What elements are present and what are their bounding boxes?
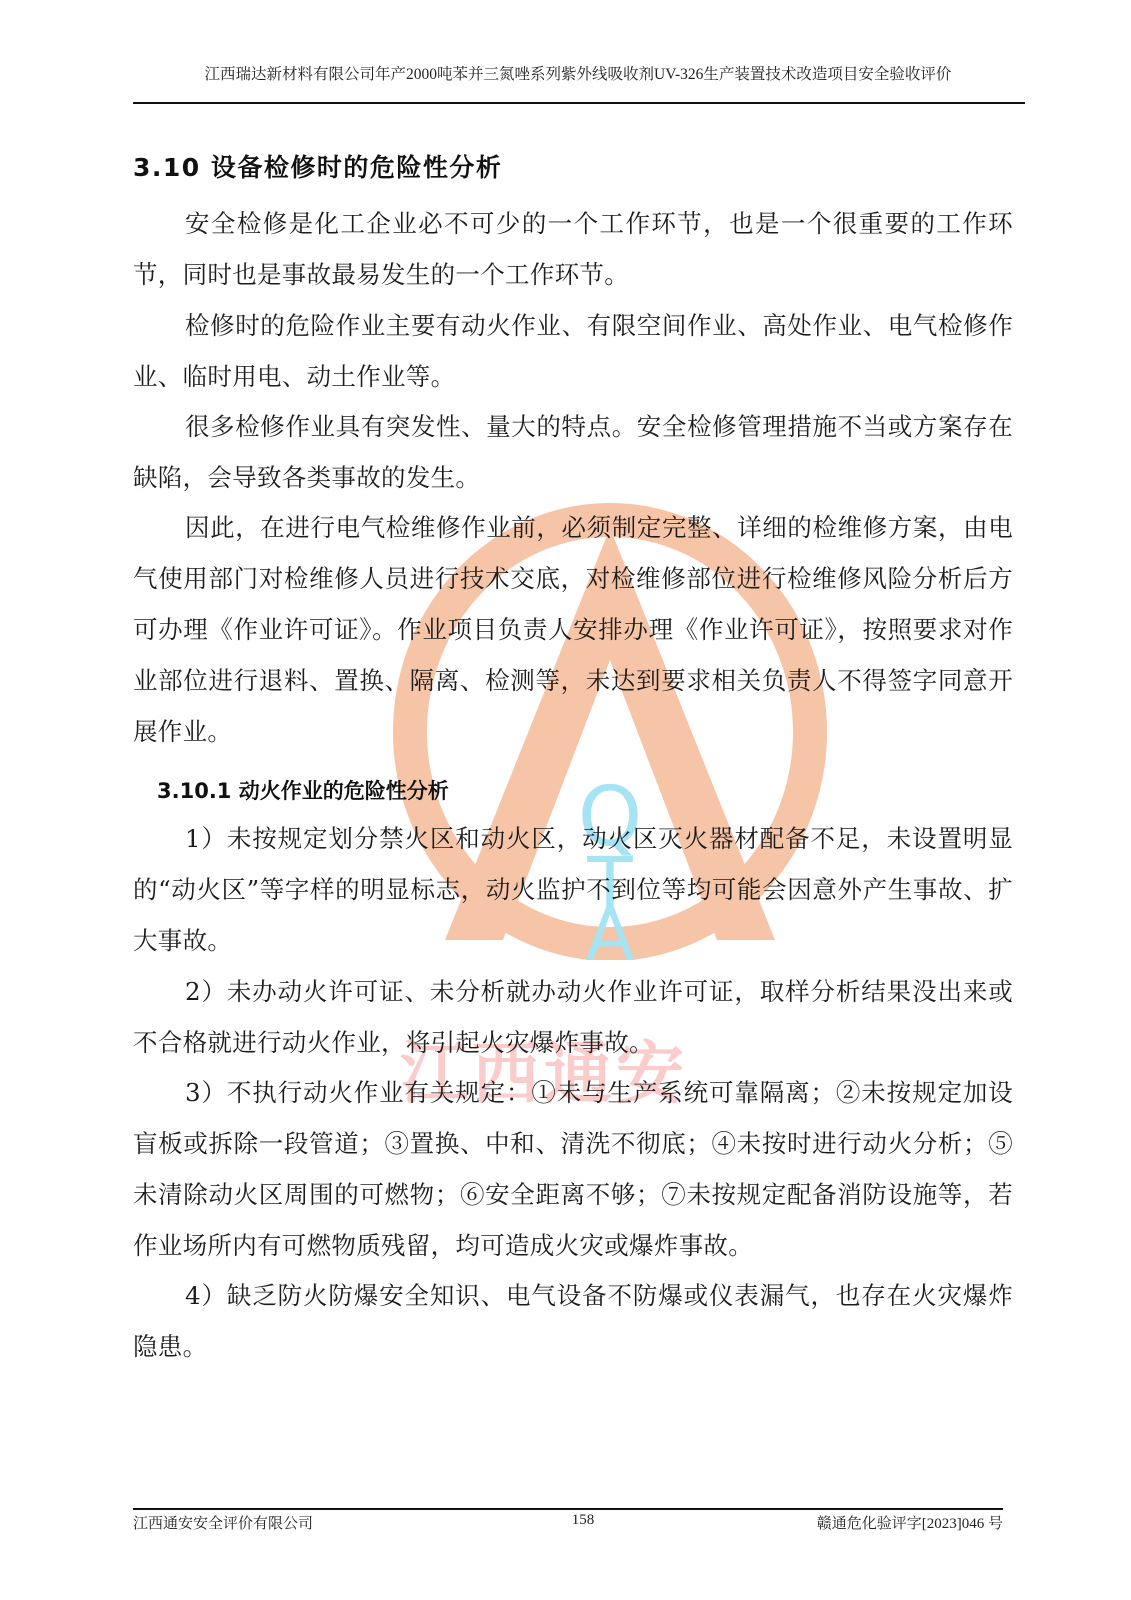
list-item-3: 3）不执行动火作业有关规定：①未与生产系统可靠隔离；②未按规定加设盲板或拆除一段… — [133, 1067, 1013, 1271]
footer-divider — [133, 1508, 1003, 1510]
paragraph-dangerous-operations: 检修时的危险作业主要有动火作业、有限空间作业、高处作业、电气检修作业、临时用电、… — [133, 300, 1013, 402]
subsection-heading: 3.10.1 动火作业的危险性分析 — [157, 775, 449, 805]
paragraph-procedure: 因此，在进行电气检维修作业前，必须制定完整、详细的检维修方案，由电气使用部门对检… — [133, 502, 1013, 757]
list-item-4: 4）缺乏防火防爆安全知识、电气设备不防爆或仪表漏气，也存在火灾爆炸隐患。 — [133, 1270, 1013, 1372]
page-header-title: 江西瑞达新材料有限公司年产2000吨苯并三氮唑系列紫外线吸收剂UV-326生产装… — [133, 62, 1023, 84]
paragraph-intro: 安全检修是化工企业必不可少的一个工作环节，也是一个很重要的工作环节，同时也是事故… — [133, 198, 1013, 300]
section-heading: 3.10 设备检修时的危险性分析 — [133, 148, 502, 184]
list-item-2: 2）未办动火许可证、未分析就办动火作业许可证，取样分析结果没出来或不合格就进行动… — [133, 966, 1013, 1068]
header-divider — [133, 102, 1025, 104]
paragraph-characteristics: 很多检修作业具有突发性、量大的特点。安全检修管理措施不当或方案存在缺陷，会导致各… — [133, 401, 1013, 503]
list-item-1: 1）未按规定划分禁火区和动火区，动火区灭火器材配备不足，未设置明显的“动火区”等… — [133, 813, 1013, 966]
footer-doc-number: 赣通危化验评字[2023]046 号 — [817, 1512, 1003, 1533]
